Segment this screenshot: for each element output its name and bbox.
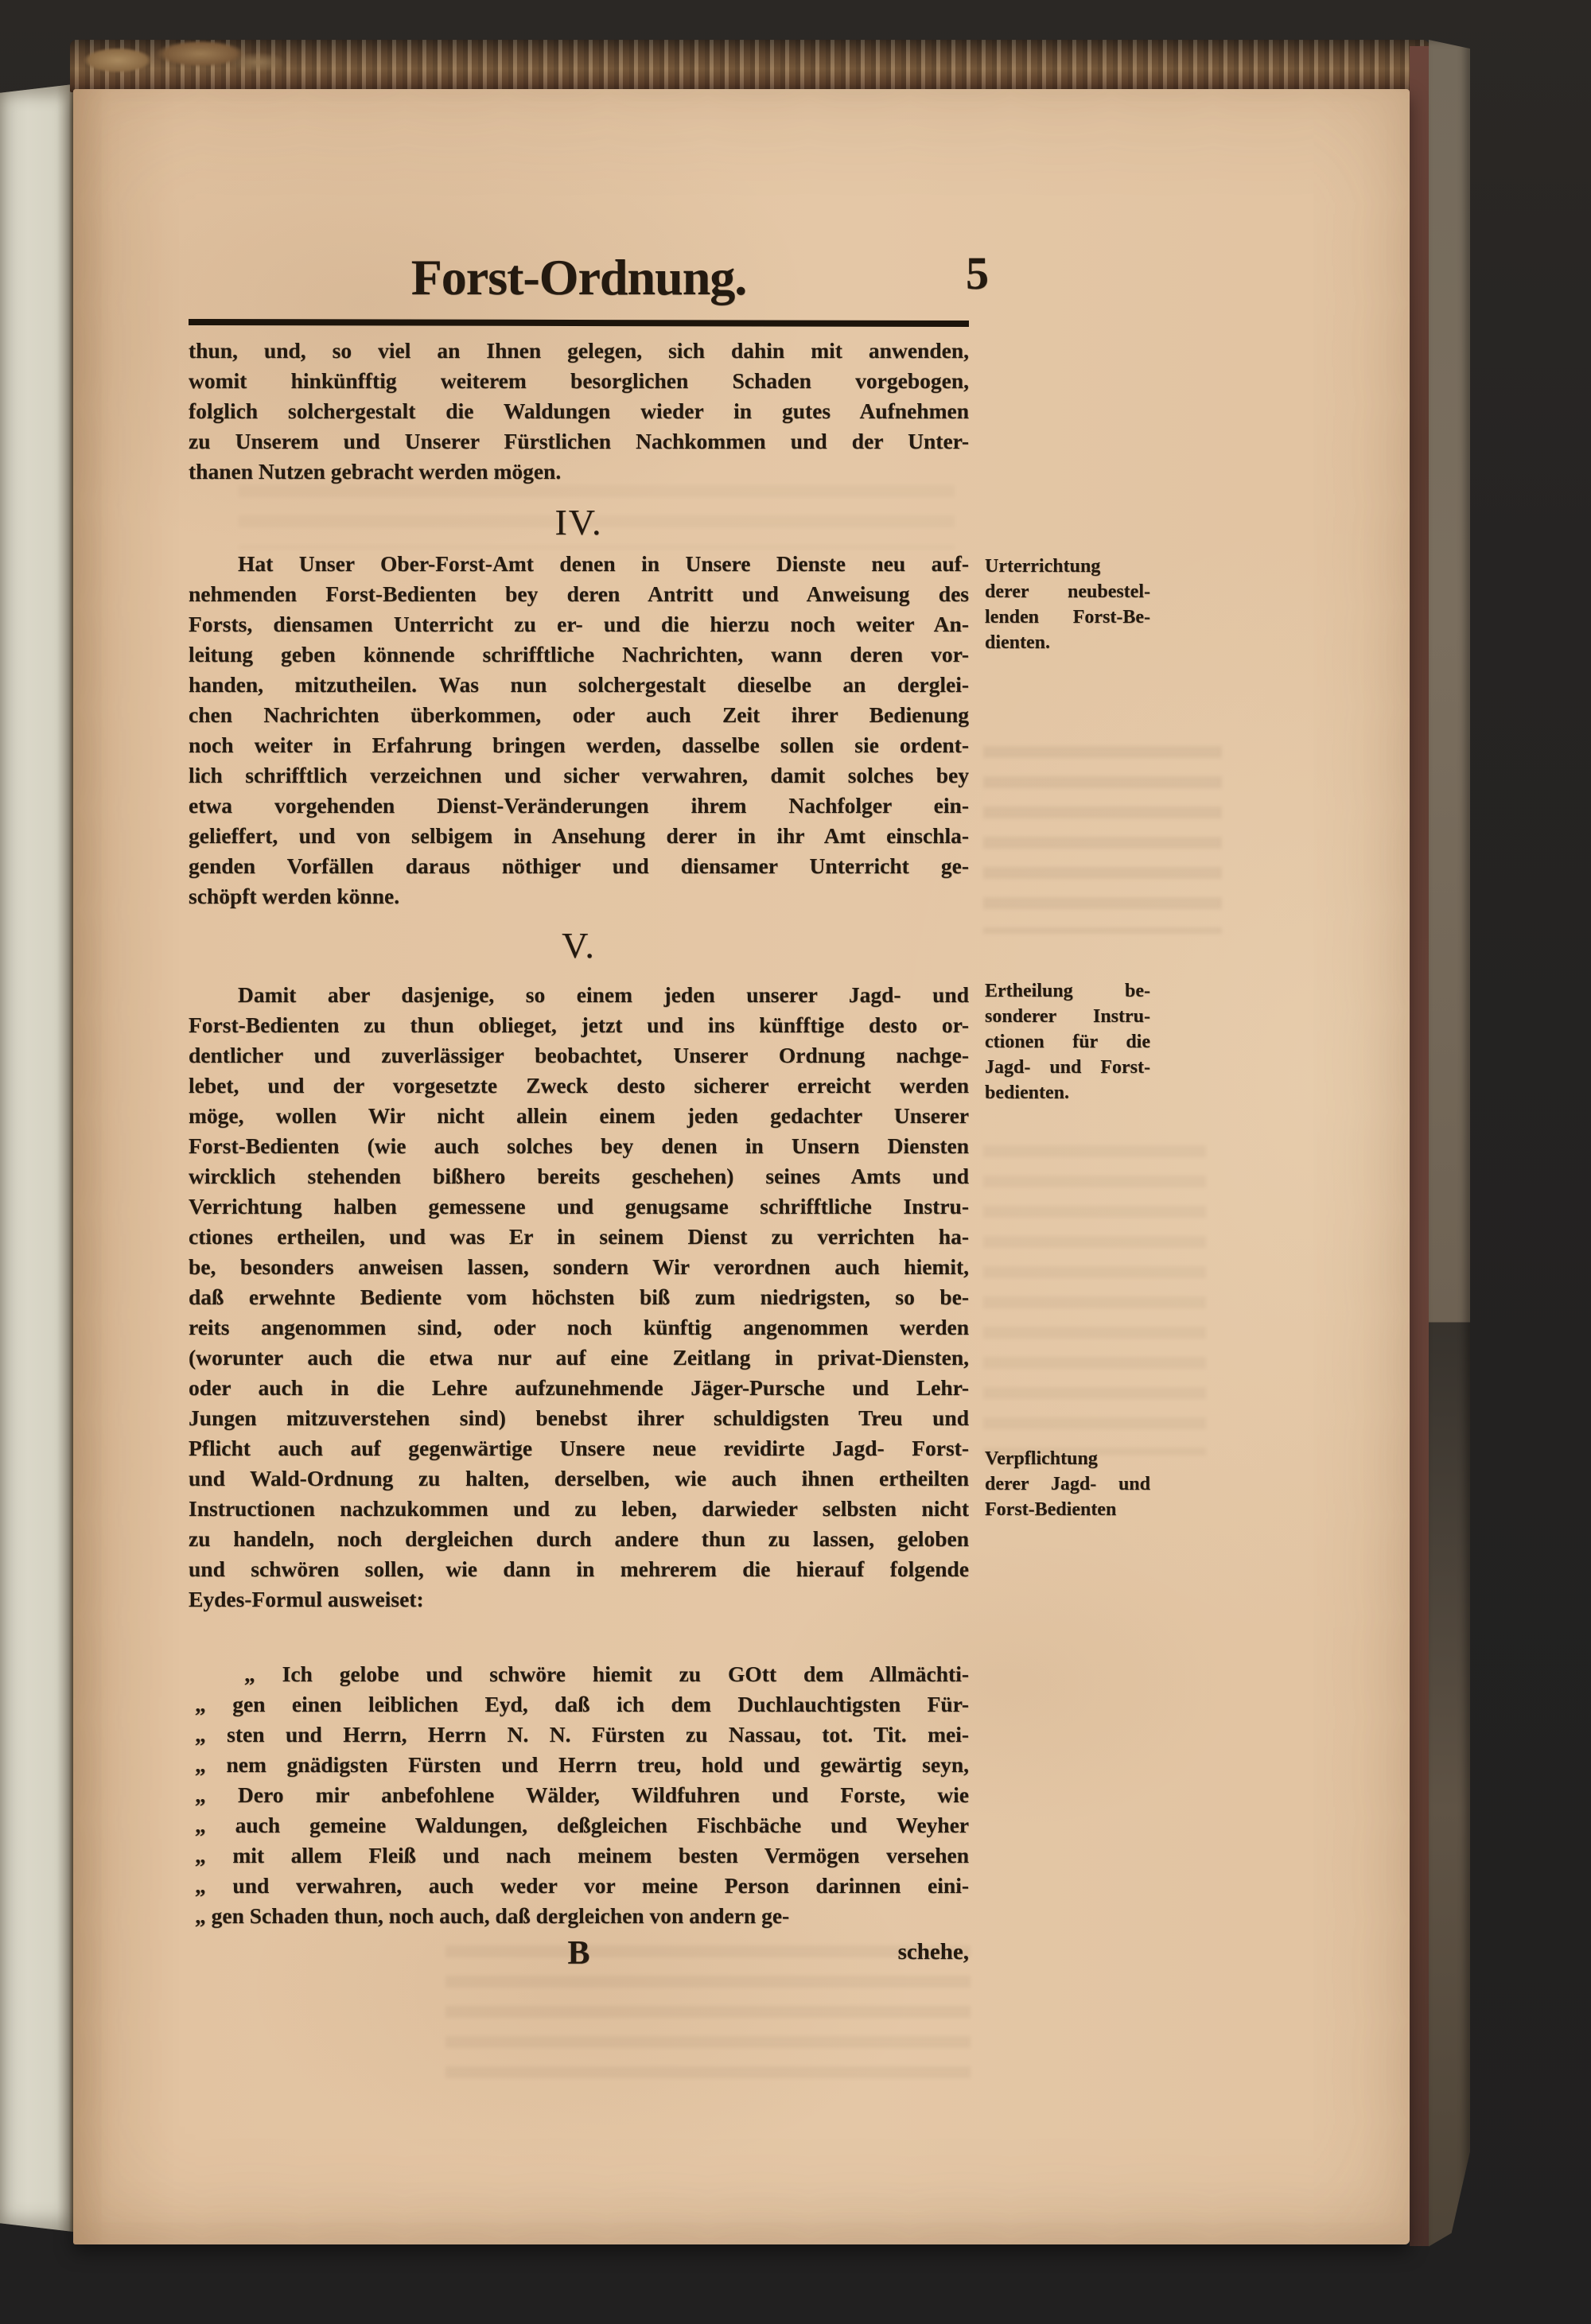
- text-line: zu Unserem und Unserer Fürstlichen Nachk…: [189, 426, 969, 457]
- margin-note-unterrichtung: Urterrichtungderer neubestel-lenden Fors…: [985, 554, 1150, 655]
- text-line: leitung geben könnende schrifftliche Nac…: [189, 639, 969, 670]
- text-line: wircklich stehenden bißhero bereits gesc…: [189, 1161, 969, 1191]
- page-number: 5: [966, 247, 1037, 300]
- text-line: dienten.: [985, 630, 1150, 655]
- text-line: derer Jagd- und: [985, 1471, 1150, 1497]
- book-cover-edge-outer: [1429, 40, 1470, 2251]
- text-line: chen Nachrichten überkommen, oder auch Z…: [189, 700, 969, 730]
- text-line: oder auch in die Lehre aufzunehmende Jäg…: [189, 1373, 969, 1403]
- signature-mark: B: [189, 1934, 969, 1972]
- text-line: ctiones ertheilen, und was Er in seinem …: [189, 1222, 969, 1252]
- text-line: thanen Nutzen gebracht werden mögen.: [189, 457, 969, 487]
- text-line: ctionen für die: [985, 1029, 1150, 1055]
- text-line: genden Vorfällen daraus nöthiger und die…: [189, 851, 969, 881]
- text-line: thun, und, so viel an Ihnen gelegen, sic…: [189, 336, 969, 366]
- text-line: handen, mitzutheilen. Was nun solcherges…: [189, 670, 969, 700]
- text-line: Damit aber dasjenige, so einem jeden uns…: [189, 980, 969, 1010]
- intro-paragraph: thun, und, so viel an Ihnen gelegen, sic…: [189, 336, 969, 487]
- text-line: Forst-Bedienten: [985, 1497, 1150, 1522]
- text-line: reits angenommen sind, oder noch künftig…: [189, 1312, 969, 1343]
- text-line: „ und verwahren, auch weder vor meine Pe…: [195, 1871, 969, 1901]
- text-line: „ Ich gelobe und schwöre hiemit zu GOtt …: [195, 1659, 969, 1689]
- text-line: etwa vorgehenden Dienst-Veränderungen ih…: [189, 791, 969, 821]
- text-line: Pflicht auch auf gegenwärtige Unsere neu…: [189, 1433, 969, 1463]
- text-line: lebet, und der vorgesetzte Zweck desto s…: [189, 1071, 969, 1101]
- text-line: „ nem gnädigsten Fürsten und Herrn treu,…: [195, 1750, 969, 1780]
- catchword: schehe,: [898, 1939, 969, 1965]
- text-line: möge, wollen Wir nicht allein einem jede…: [189, 1101, 969, 1131]
- text-line: Forst-Bedienten (wie auch solches bey de…: [189, 1131, 969, 1161]
- book-scan: Forst-Ordnung. 5 thun, und, so viel an I…: [0, 0, 1591, 2324]
- text-line: be, besonders anweisen lassen, sondern W…: [189, 1252, 969, 1282]
- text-line: (worunter auch die etwa nur auf eine Zei…: [189, 1343, 969, 1373]
- text-line: lich schrifftlich verzeichnen und sicher…: [189, 760, 969, 791]
- section-heading-v: V.: [189, 924, 969, 966]
- text-line: schöpft werden könne.: [189, 881, 969, 911]
- margin-note-ertheilung: Ertheilung be-sonderer Instru-ctionen fü…: [985, 978, 1150, 1106]
- text-line: bedienten.: [985, 1080, 1150, 1106]
- margin-note-verpflichtung: Verpflichtungderer Jagd- undForst-Bedien…: [985, 1446, 1150, 1522]
- text-line: womit hinkünfftig weiterem besorglichen …: [189, 366, 969, 396]
- text-line: und Wald-Ordnung zu halten, derselben, w…: [189, 1463, 969, 1494]
- text-line: „ auch gemeine Waldungen, deßgleichen Fi…: [195, 1810, 969, 1840]
- text-line: „ gen Schaden thun, noch auch, daß dergl…: [195, 1901, 969, 1931]
- worn-binding-leather: [76, 37, 283, 80]
- text-line: lenden Forst-Be-: [985, 604, 1150, 630]
- text-line: Urterrichtung: [985, 554, 1150, 579]
- text-line: Hat Unser Ober-Forst-Amt denen in Unsere…: [189, 549, 969, 579]
- text-line: zu handeln, noch dergleichen durch ander…: [189, 1524, 969, 1554]
- text-line: Verpflichtung: [985, 1446, 1150, 1471]
- text-line: „ sten und Herrn, Herrn N. N. Fürsten zu…: [195, 1720, 969, 1750]
- section-iv-paragraph: Hat Unser Ober-Forst-Amt denen in Unsere…: [189, 549, 969, 911]
- text-line: „ Dero mir anbefohlene Wälder, Wildfuhre…: [195, 1780, 969, 1810]
- oath-paragraph: „ Ich gelobe und schwöre hiemit zu GOtt …: [195, 1659, 969, 1931]
- running-title: Forst-Ordnung.: [189, 248, 969, 307]
- text-line: „ gen einen leiblichen Eyd, daß ich dem …: [195, 1689, 969, 1720]
- text-line: gelieffert, und von selbigem in Ansehung…: [189, 821, 969, 851]
- text-line: Eydes-Formul ausweiset:: [189, 1584, 969, 1615]
- book-cover-edge-inner: [1410, 46, 1429, 2246]
- text-line: Jagd- und Forst-: [985, 1055, 1150, 1080]
- text-line: folglich solchergestalt die Waldungen wi…: [189, 396, 969, 426]
- section-v-paragraph: Damit aber dasjenige, so einem jeden uns…: [189, 980, 969, 1615]
- text-line: noch weiter in Erfahrung bringen werden,…: [189, 730, 969, 760]
- section-heading-iv: IV.: [189, 501, 969, 543]
- text-line: Instructionen nachzukommen und zu leben,…: [189, 1494, 969, 1524]
- text-line: nehmenden Forst-Bedienten bey deren Antr…: [189, 579, 969, 609]
- text-line: Forst-Bedienten zu thun oblieget, jetzt …: [189, 1010, 969, 1040]
- text-line: Ertheilung be-: [985, 978, 1150, 1004]
- text-line: „ mit allem Fleiß und nach meinem besten…: [195, 1840, 969, 1871]
- text-line: daß erwehnte Bediente vom höchsten biß z…: [189, 1282, 969, 1312]
- text-line: derer neubestel-: [985, 579, 1150, 604]
- text-line: Verrichtung halben gemessene und genugsa…: [189, 1191, 969, 1222]
- text-line: sonderer Instru-: [985, 1004, 1150, 1029]
- text-line: dentlicher und zuverlässiger beobachtet,…: [189, 1040, 969, 1071]
- text-line: Jungen mitzuverstehen sind) benebst ihre…: [189, 1403, 969, 1433]
- text-line: und schwören sollen, wie dann in mehrere…: [189, 1554, 969, 1584]
- facing-page-edge: [0, 84, 73, 2232]
- signature-row: B schehe,: [189, 1934, 969, 1969]
- text-line: Forsts, diensamen Unterricht zu er- und …: [189, 609, 969, 639]
